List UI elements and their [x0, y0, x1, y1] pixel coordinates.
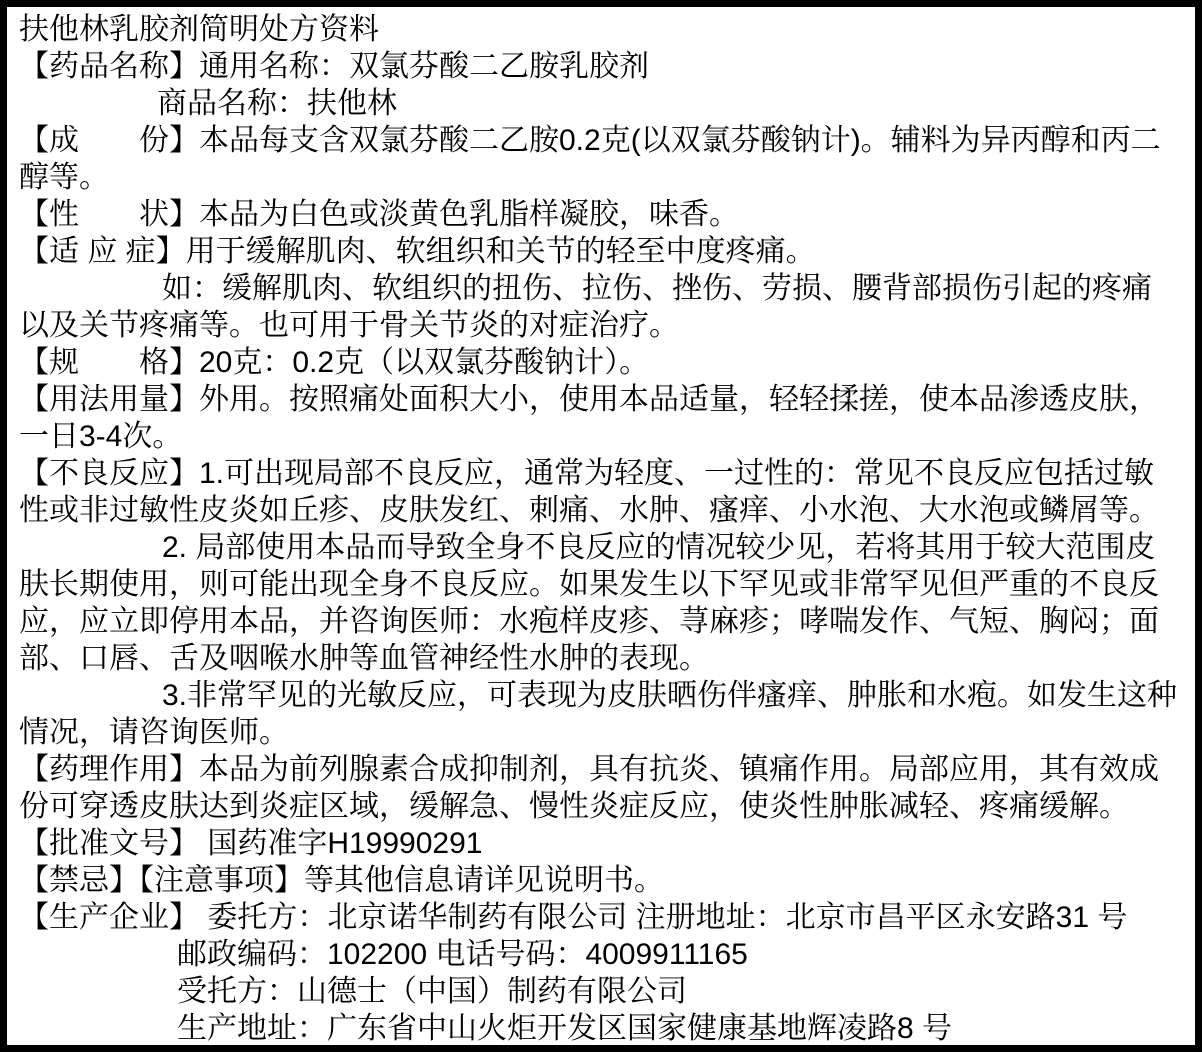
- line-specification: 【规 格】20克：0.2克（以双氯芬酸钠计）。: [19, 344, 1181, 381]
- line-trustee: 受托方：山德士（中国）制药有限公司: [19, 973, 1181, 1010]
- line-approval-number: 【批准文号】 国药准字H19990291: [19, 825, 1181, 862]
- line-trade-name: 商品名称：扶他林: [19, 85, 1181, 122]
- line-dosage: 【用法用量】外用。按照痛处面积大小，使用本品适量，轻轻揉搓，使本品渗透皮肤，: [19, 381, 1181, 418]
- line-indications: 【适 应 症】用于缓解肌肉、软组织和关节的轻至中度疼痛。: [19, 233, 1181, 270]
- line-dosage-cont: 一日3-4次。: [19, 418, 1181, 455]
- line-pharmacology-cont: 份可穿透皮肤达到炎症区域，缓解急、慢性炎症反应，使炎性肿胀减轻、疼痛缓解。: [19, 788, 1181, 825]
- line-adverse-1: 【不良反应】1.可出现局部不良反应，通常为轻度、一过性的：常见不良反应包括过敏: [19, 455, 1181, 492]
- prescription-document: 扶他林乳胶剂简明处方资料 【药品名称】通用名称：双氯芬酸二乙胺乳胶剂 商品名称：…: [0, 0, 1202, 1052]
- line-adverse-2-cont1: 肤长期使用，则可能出现全身不良反应。如果发生以下罕见或非常罕见但严重的不良反: [19, 566, 1181, 603]
- line-adverse-2: 2. 局部使用本品而导致全身不良反应的情况较少见，若将其用于较大范围皮: [19, 529, 1181, 566]
- line-pharmacology: 【药理作用】本品为前列腺素合成抑制剂，具有抗炎、镇痛作用。局部应用，其有效成: [19, 751, 1181, 788]
- line-contraindications-note: 【禁忌】【注意事项】等其他信息请详见说明书。: [19, 862, 1181, 899]
- line-adverse-2-cont2: 应，应立即停用本品，并咨询医师：水疱样皮疹、荨麻疹；哮喘发作、气短、胸闷；面: [19, 603, 1181, 640]
- line-manufacturer: 【生产企业】 委托方：北京诺华制药有限公司 注册地址：北京市昌平区永安路31 号: [19, 899, 1181, 936]
- line-ingredients-cont: 醇等。: [19, 159, 1181, 196]
- line-properties: 【性 状】本品为白色或淡黄色乳脂样凝胶，味香。: [19, 196, 1181, 233]
- line-drug-name: 【药品名称】通用名称：双氯芬酸二乙胺乳胶剂: [19, 48, 1181, 85]
- line-adverse-3-cont: 情况，请咨询医师。: [19, 714, 1181, 751]
- line-production-address: 生产地址：广东省中山火炬开发区国家健康基地辉凌路8 号: [19, 1010, 1181, 1047]
- line-indications-example: 如：缓解肌肉、软组织的扭伤、拉伤、挫伤、劳损、腰背部损伤引起的疼痛: [19, 270, 1181, 307]
- line-adverse-2-cont3: 部、口唇、舌及咽喉水肿等血管神经性水肿的表现。: [19, 640, 1181, 677]
- line-postal-phone: 邮政编码：102200 电话号码：4009911165: [19, 936, 1181, 973]
- line-adverse-1-cont: 性或非过敏性皮炎如丘疹、皮肤发红、刺痛、水肿、瘙痒、小水泡、大水泡或鳞屑等。: [19, 492, 1181, 529]
- line-indications-cont: 以及关节疼痛等。也可用于骨关节炎的对症治疗。: [19, 307, 1181, 344]
- line-adverse-3: 3.非常罕见的光敏反应，可表现为皮肤晒伤伴瘙痒、肿胀和水疱。如发生这种: [19, 677, 1181, 714]
- line-ingredients: 【成 份】本品每支含双氯芬酸二乙胺0.2克(以双氯芬酸钠计)。辅料为异丙醇和丙二: [19, 122, 1181, 159]
- doc-title: 扶他林乳胶剂简明处方资料: [19, 11, 1181, 48]
